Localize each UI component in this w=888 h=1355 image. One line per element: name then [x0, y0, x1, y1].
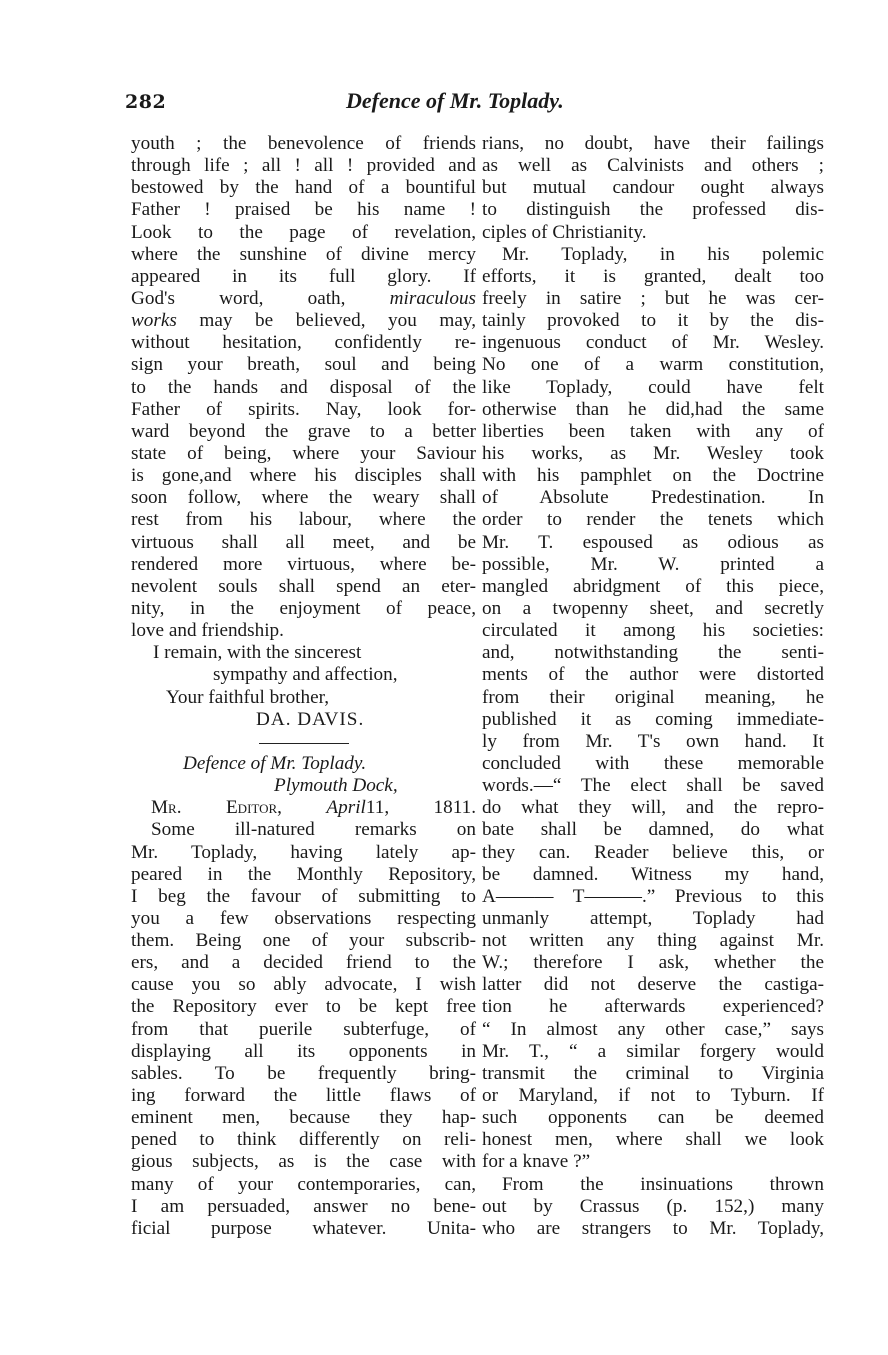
text-line: latter did not deserve the castiga-	[482, 974, 824, 996]
text-line: A——— T———.” Previous to this	[482, 886, 824, 908]
text-line: W.; therefore I ask, whether the	[482, 952, 824, 974]
text-line: they can. Reader believe this, or	[482, 842, 824, 864]
right-column: rians, no doubt, have their failings as …	[482, 133, 824, 1240]
text-line: “ In almost any other case,” says	[482, 1019, 824, 1041]
closing-line: I remain, with the sincerest	[131, 642, 476, 664]
text-line: ments of the author were distorted	[482, 664, 824, 686]
text-line: words.—“ The elect shall be saved	[482, 775, 824, 797]
text-line: his works, as Mr. Wesley took	[482, 443, 824, 465]
text-line: nity, in the enjoyment of peace,	[131, 598, 476, 620]
text-line: who are strangers to Mr. Toplady,	[482, 1218, 824, 1240]
text-line: Mr. Toplady, in his polemic	[482, 244, 824, 266]
text-line: but mutual candour ought always	[482, 177, 824, 199]
text-line: Some ill-natured remarks on	[131, 819, 476, 841]
text-line: transmit the criminal to Virginia	[482, 1063, 824, 1085]
text-line: do what they will, and the repro-	[482, 797, 824, 819]
text-line: not written any thing against Mr.	[482, 930, 824, 952]
text-line: unmanly attempt, Toplady had	[482, 908, 824, 930]
text-line: eminent men, because they hap-	[131, 1107, 476, 1129]
text-line: freely in satire ; but he was cer-	[482, 288, 824, 310]
text-line: state of being, where your Saviour	[131, 443, 476, 465]
text-line: No one of a warm constitution,	[482, 354, 824, 376]
closing-line: sympathy and affection,	[131, 664, 476, 686]
text-line: or Maryland, if not to Tyburn. If	[482, 1085, 824, 1107]
text-line: rians, no doubt, have their failings	[482, 133, 824, 155]
text-line: honest men, where shall we look	[482, 1129, 824, 1151]
date-month: April	[326, 797, 365, 818]
text-line: such opponents can be deemed	[482, 1107, 824, 1129]
text-line: of Absolute Predestination. In	[482, 487, 824, 509]
text-line: as well as Calvinists and others ;	[482, 155, 824, 177]
text-line: concluded with these memorable	[482, 753, 824, 775]
text-line: rendered more virtuous, where be-	[131, 554, 476, 576]
article-title: Defence of Mr. Toplady.	[131, 753, 476, 775]
italic-text: works	[131, 310, 177, 331]
text-line: without hesitation, confidently re-	[131, 332, 476, 354]
text-line: circulated it among his societies:	[482, 620, 824, 642]
text-line: I am persuaded, answer no bene-	[131, 1196, 476, 1218]
text-line: on a twopenny sheet, and secretly	[482, 598, 824, 620]
text-line: you a few observations respecting	[131, 908, 476, 930]
text-line: ly from Mr. T's own hand. It	[482, 731, 824, 753]
article-place: Plymouth Dock,	[131, 775, 476, 797]
text-line: Mr. T. espoused as odious as	[482, 532, 824, 554]
text-line: tion he afterwards experienced?	[482, 996, 824, 1018]
signature: DA. DAVIS.	[131, 709, 476, 731]
text-line: God's word, oath, miraculous	[131, 288, 476, 310]
salutation: Mr. Editor, April11, 1811.	[131, 797, 476, 819]
text-line: rest from his labour, where the	[131, 509, 476, 531]
text-line: Father of spirits. Nay, look for-	[131, 399, 476, 421]
text-line: them. Being one of your subscrib-	[131, 930, 476, 952]
text-line: works may be believed, you may,	[131, 310, 476, 332]
running-head: Defence of Mr. Toplady.	[346, 88, 564, 114]
text-line: from their original meaning, he	[482, 687, 824, 709]
text-line: cause you so ably advocate, I wish	[131, 974, 476, 996]
text-line: order to render the tenets which	[482, 509, 824, 531]
text-line: peared in the Monthly Repository,	[131, 864, 476, 886]
text-line: bestowed by the hand of a bountiful	[131, 177, 476, 199]
text-line: Mr. T., “ a similar forgery would	[482, 1041, 824, 1063]
text-line: be damned. Witness my hand,	[482, 864, 824, 886]
text-line: nevolent souls shall spend an eter-	[131, 576, 476, 598]
text-line: possible, Mr. W. printed a	[482, 554, 824, 576]
italic-text: miraculous	[390, 288, 476, 309]
text-line: sign your breath, soul and being	[131, 354, 476, 376]
text-line: to the hands and disposal of the	[131, 377, 476, 399]
left-column: youth ; the benevolence of friends throu…	[131, 133, 476, 1240]
text-line: and, notwithstanding the senti-	[482, 642, 824, 664]
closing-line: Your faithful brother,	[131, 687, 476, 709]
page-number: 282	[125, 91, 166, 113]
text-line: mangled abridgment of this piece,	[482, 576, 824, 598]
text-line: Look to the page of revelation,	[131, 222, 476, 244]
text-line: for a knave ?”	[482, 1151, 824, 1173]
text-line: efforts, it is granted, dealt too	[482, 266, 824, 288]
text-line: ficial purpose whatever. Unita-	[131, 1218, 476, 1240]
text-line: Father ! praised be his name !	[131, 199, 476, 221]
text-line: gious subjects, as is the case with	[131, 1151, 476, 1173]
text-line: sables. To be frequently bring-	[131, 1063, 476, 1085]
text-line: liberties been taken with any of	[482, 421, 824, 443]
text-line: virtuous shall all meet, and be	[131, 532, 476, 554]
text-line: where the sunshine of divine mercy	[131, 244, 476, 266]
text-line: with his pamphlet on the Doctrine	[482, 465, 824, 487]
text-line: from that puerile subterfuge, of	[131, 1019, 476, 1041]
text-line: I beg the favour of submitting to	[131, 886, 476, 908]
section-divider	[131, 731, 476, 753]
text-line: is gone,and where his disciples shall	[131, 465, 476, 487]
text-line: soon follow, where the weary shall	[131, 487, 476, 509]
text-line: tainly provoked to it by the dis-	[482, 310, 824, 332]
text-line: published it as coming immediate-	[482, 709, 824, 731]
text-fragment: may be believed, you may,	[199, 310, 476, 331]
text-line: like Toplady, could have felt	[482, 377, 824, 399]
text-line: Mr. Toplady, having lately ap-	[131, 842, 476, 864]
text-line: many of your contemporaries, can,	[131, 1174, 476, 1196]
date-day-year: 11, 1811.	[366, 797, 476, 818]
text-line: to distinguish the professed dis-	[482, 199, 824, 221]
salutation-name: Mr. Editor,	[151, 797, 282, 818]
text-line: From the insinuations thrown	[482, 1174, 824, 1196]
text-line: bate shall be damned, do what	[482, 819, 824, 841]
text-line: youth ; the benevolence of friends	[131, 133, 476, 155]
text-line: ciples of Christianity.	[482, 222, 824, 244]
text-line: ers, and a decided friend to the	[131, 952, 476, 974]
text-line: appeared in its full glory. If	[131, 266, 476, 288]
text-line: ward beyond the grave to a better	[131, 421, 476, 443]
text-line: pened to think differently on reli-	[131, 1129, 476, 1151]
text-line: ing forward the little flaws of	[131, 1085, 476, 1107]
text-line: ingenuous conduct of Mr. Wesley.	[482, 332, 824, 354]
text-line: displaying all its opponents in	[131, 1041, 476, 1063]
text-line: love and friendship.	[131, 620, 476, 642]
text-line: through life ; all ! all ! provided and	[131, 155, 476, 177]
text-line: out by Crassus (p. 152,) many	[482, 1196, 824, 1218]
text-fragment: God's word, oath,	[131, 288, 345, 309]
text-line: otherwise than he did,had the same	[482, 399, 824, 421]
text-line: the Repository ever to be kept free	[131, 996, 476, 1018]
